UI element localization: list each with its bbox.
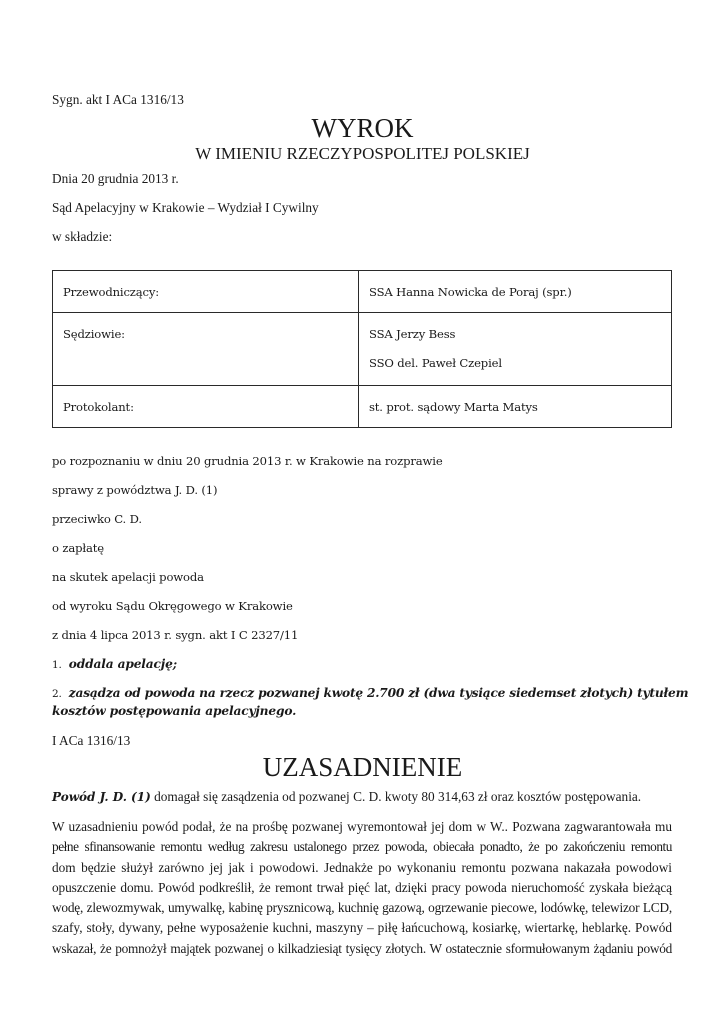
paragraph-line: dom będzie służył zarówno jej jak i powo…	[52, 858, 672, 878]
paragraph-text: domagał się zasądzenia od pozwanej C. D.…	[151, 789, 641, 804]
paragraph-line: pełne sfinansowanie remontu według zakre…	[52, 837, 672, 857]
proceedings-line: od wyroku Sądu Okręgowego w Krakowie	[52, 598, 293, 614]
plaintiff-lead: Powód J. D. (1)	[52, 790, 151, 804]
ruling-text: oddala apelację;	[69, 657, 177, 671]
ruling-number: 1.	[52, 659, 62, 671]
proceedings-line: z dnia 4 lipca 2013 r. sygn. akt I C 232…	[52, 627, 298, 643]
table-row: Protokolant: st. prot. sądowy Marta Maty…	[53, 386, 672, 428]
paragraph-line: szafy, stoły, dywany, pełne wyposażenie …	[52, 918, 672, 938]
ruling-text-continued: kosztów postępowania apelacyjnego.	[52, 703, 296, 719]
proceedings-line: o zapłatę	[52, 540, 104, 556]
ruling-text: zasądza od powoda na rzecz pozwanej kwot…	[69, 686, 688, 700]
paragraph-line: opuszczenie domu. Powód podkreślił, że r…	[52, 878, 672, 898]
names-cell: st. prot. sądowy Marta Matys	[359, 386, 672, 428]
proceedings-line: na skutek apelacji powoda	[52, 569, 204, 585]
proceedings-line: po rozpoznaniu w dniu 20 grudnia 2013 r.…	[52, 453, 443, 469]
table-row: Przewodniczący: SSA Hanna Nowicka de Por…	[53, 271, 672, 313]
paragraph-line: wskazał, że pomnożył majątek pozwanej o …	[52, 939, 672, 959]
ruling-item: 1. oddala apelację;	[52, 656, 177, 673]
justification-second-paragraph: W uzasadnieniu powód podał, że na prośbę…	[52, 817, 672, 959]
justification-case-reference: I ACa 1316/13	[52, 733, 130, 749]
paragraph-line: W uzasadnieniu powód podał, że na prośbę…	[52, 817, 672, 837]
justification-first-paragraph: Powód J. D. (1) domagał się zasądzenia o…	[52, 789, 641, 805]
role-label: Przewodniczący:	[63, 284, 358, 300]
proceedings-line: przeciwko C. D.	[52, 511, 142, 527]
names-cell: SSA Jerzy Bess SSO del. Paweł Czepiel	[359, 313, 672, 386]
panel-table: Przewodniczący: SSA Hanna Nowicka de Por…	[52, 270, 672, 428]
justification-title: UZASADNIENIE	[0, 752, 725, 782]
role-label: Sędziowie:	[63, 326, 358, 342]
table-row: Sędziowie: SSA Jerzy Bess SSO del. Paweł…	[53, 313, 672, 386]
clerk-name: st. prot. sądowy Marta Matys	[369, 399, 671, 415]
judge-name: SSO del. Paweł Czepiel	[369, 355, 671, 371]
role-cell: Przewodniczący:	[53, 271, 359, 313]
document-subtitle: W IMIENIU RZECZYPOSPOLITEJ POLSKIEJ	[0, 144, 725, 164]
role-cell: Protokolant:	[53, 386, 359, 428]
judge-name: SSA Hanna Nowicka de Poraj (spr.)	[369, 284, 671, 300]
role-label: Protokolant:	[63, 399, 358, 415]
proceedings-line: sprawy z powództwa J. D. (1)	[52, 482, 217, 498]
names-cell: SSA Hanna Nowicka de Poraj (spr.)	[359, 271, 672, 313]
ruling-item: 2. zasądza od powoda na rzecz pozwanej k…	[52, 685, 688, 702]
composition-label: w składzie:	[52, 229, 112, 245]
case-reference: Sygn. akt I ACa 1316/13	[52, 92, 184, 108]
role-cell: Sędziowie:	[53, 313, 359, 386]
document-title: WYROK	[0, 113, 725, 143]
judgment-date: Dnia 20 grudnia 2013 r.	[52, 171, 179, 187]
paragraph-line: wodę, zlewozmywak, umywalkę, kabinę prys…	[52, 898, 672, 918]
judge-name: SSA Jerzy Bess	[369, 326, 671, 342]
court-name: Sąd Apelacyjny w Krakowie – Wydział I Cy…	[52, 200, 319, 216]
ruling-number: 2.	[52, 688, 62, 700]
